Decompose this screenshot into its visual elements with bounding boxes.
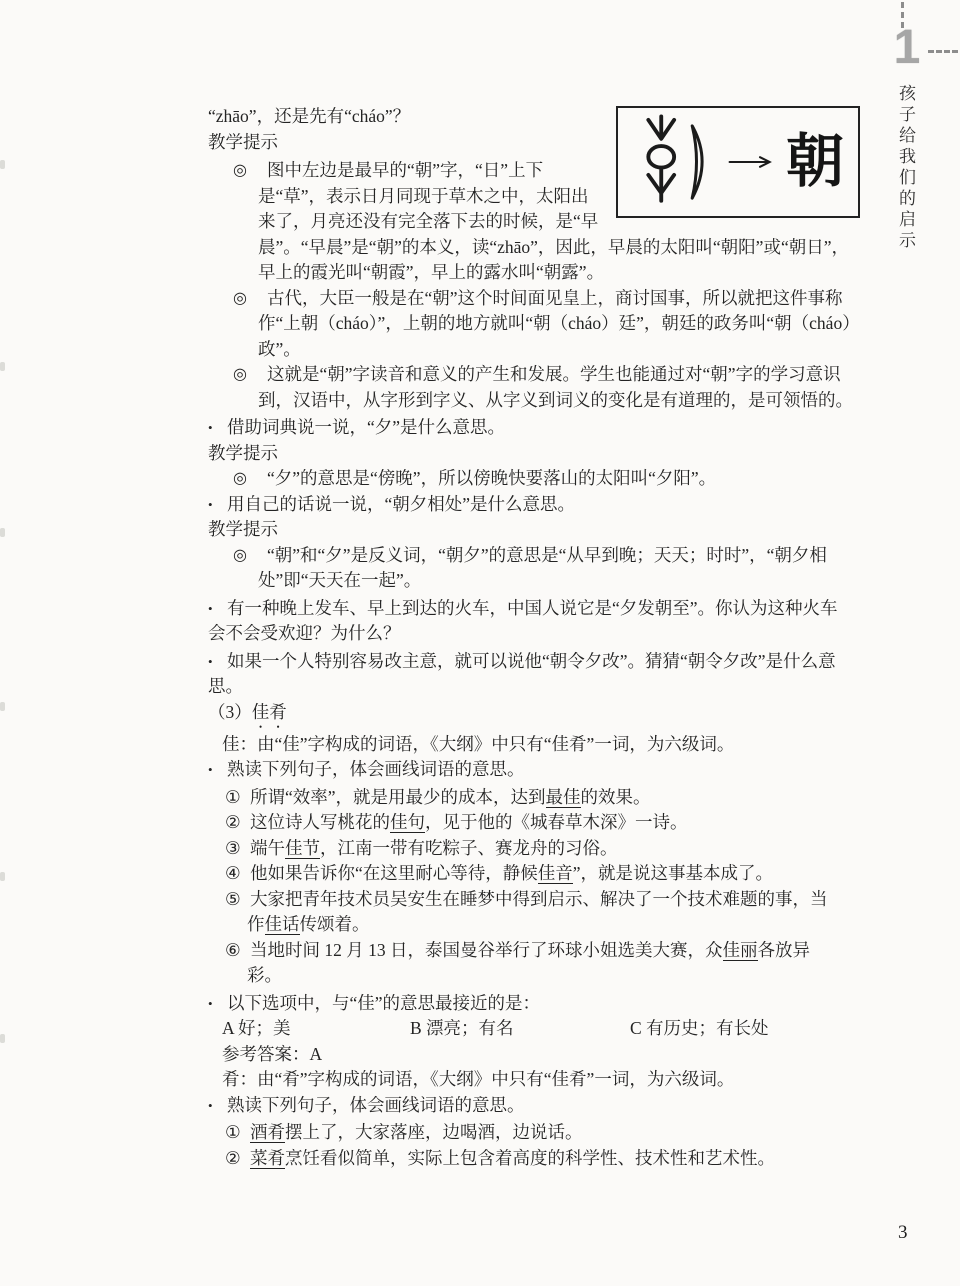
activity-item: •借助词典说一说，“夕”是什么意思。	[208, 415, 860, 441]
dot-marker: •	[208, 1093, 227, 1119]
word-entry-intro: 肴：由“肴”字构成的词语，《大纲》中只有“佳肴”一词，为六级词。	[222, 1067, 860, 1093]
underlined-term: 酒肴	[250, 1122, 285, 1143]
teaching-tip-label: 教学提示	[208, 441, 860, 467]
sentence-text: 菜肴烹饪看似简单，实际上包含着高度的科学性、技术性和艺术性。	[250, 1148, 775, 1169]
word-entry-intro: 佳：由“佳”字构成的词语，《大纲》中只有“佳肴”一词，为六级词。	[222, 732, 860, 758]
dot-marker: •	[208, 757, 227, 783]
underlined-term: 佳句	[390, 812, 425, 833]
bullseye-marker: ◎	[233, 543, 247, 569]
text-segment: 传颂着。	[300, 914, 370, 934]
teaching-tip-label: 教学提示	[208, 517, 860, 543]
sentence-text: 他如果告诉你“在这里耐心等待，静候佳音”，就是说这事基本成了。	[250, 863, 773, 884]
activity-text: 熟读下列句子，体会画线词语的意思。	[227, 1095, 525, 1115]
text-segment: 摆上了，大家落座，边喝酒，边说话。	[285, 1122, 583, 1142]
circled-number: ②	[225, 810, 241, 836]
sentence-text: 这位诗人写桃花的佳句，见于他的《城春草木深》一诗。	[250, 812, 688, 833]
activity-item: •熟读下列句子，体会画线词语的意思。	[208, 757, 860, 783]
bullseye-marker: ◎	[233, 158, 247, 184]
example-sentence: ④ 他如果告诉你“在这里耐心等待，静候佳音”，就是说这事基本成了。	[208, 861, 860, 887]
text-segment: 所谓“效率”，就是用最少的成本，达到	[250, 787, 546, 807]
section-number: （3）	[208, 702, 252, 722]
circled-number: ①	[225, 1120, 241, 1146]
text-segment: ”，就是说这事基本成了。	[573, 863, 773, 883]
sentence-text: 当地时间 12 月 13 日，泰国曼谷举行了环球小姐选美大赛，众佳丽各放异彩。	[247, 940, 810, 986]
circled-number: ⑥	[225, 938, 241, 964]
example-sentence: ① 所谓“效率”，就是用最少的成本，达到最佳的效果。	[208, 785, 860, 811]
text-segment: 这位诗人写桃花的	[250, 812, 390, 832]
bullseye-marker: ◎	[233, 362, 247, 388]
example-sentence: ② 这位诗人写桃花的佳句，见于他的《城春草木深》一诗。	[208, 810, 860, 836]
activity-text: 用自己的话说一说，“朝夕相处”是什么意思。	[227, 494, 575, 514]
sentence-text: 酒肴摆上了，大家落座，边喝酒，边说话。	[250, 1122, 583, 1143]
activity-text: 熟读下列句子，体会画线词语的意思。	[227, 759, 525, 779]
tip-text: 这就是“朝”字读音和意义的产生和发展。学生也能通过对“朝”字的学习意识到，汉语中…	[258, 364, 853, 410]
bullseye-marker: ◎	[233, 286, 247, 312]
activity-item: •有一种晚上发车、早上到达的火车，中国人说它是“夕发朝至”。你认为这种火车会不会…	[208, 596, 860, 647]
dot-marker: •	[208, 492, 227, 518]
sentence-text: 端午佳节，江南一带有吃粽子、赛龙舟的习俗。	[250, 838, 618, 859]
sidebar-dash	[928, 50, 958, 53]
tip-item: ◎ 古代，大臣一般是在“朝”这个时间面见皇上，商讨国事，所以就把这件事称作“上朝…	[208, 286, 860, 363]
tip-item: ◎ “夕”的意思是“傍晚”，所以傍晚快要落山的太阳叫“夕阳”。	[208, 466, 860, 492]
scan-artifact	[0, 702, 5, 711]
scan-artifact	[0, 160, 5, 169]
option-b: B 漂亮；有名	[410, 1016, 630, 1042]
chapter-number: 1	[890, 24, 924, 72]
dot-marker: •	[208, 649, 227, 675]
page-number: 3	[898, 1222, 908, 1244]
dot-marker: •	[208, 596, 227, 622]
dot-marker: •	[208, 991, 227, 1017]
activity-text: 如果一个人特别容易改主意，就可以说他“朝令夕改”。猜猜“朝令夕改”是什么意思。	[208, 651, 836, 697]
activity-item: •以下选项中，与“佳”的意思最接近的是：	[208, 991, 860, 1017]
example-sentence: ⑥ 当地时间 12 月 13 日，泰国曼谷举行了环球小姐选美大赛，众佳丽各放异彩…	[208, 938, 860, 989]
circled-number: ②	[225, 1146, 241, 1172]
underlined-term: 佳话	[265, 914, 300, 935]
example-sentence: ① 酒肴摆上了，大家落座，边喝酒，边说话。	[208, 1120, 860, 1146]
section-word: 佳肴	[252, 702, 287, 722]
activity-item: •用自己的话说一说，“朝夕相处”是什么意思。	[208, 492, 860, 518]
activity-text: 借助词典说一说，“夕”是什么意思。	[227, 417, 505, 437]
text-segment: 烹饪看似简单，实际上包含着高度的科学性、技术性和艺术性。	[285, 1148, 775, 1168]
text-segment: 他如果告诉你“在这里耐心等待，静候	[250, 863, 538, 883]
sentence-text: 所谓“效率”，就是用最少的成本，达到最佳的效果。	[250, 787, 651, 808]
tip-text: 古代，大臣一般是在“朝”这个时间面见皇上，商讨国事，所以就把这件事称作“上朝（c…	[258, 288, 860, 359]
circled-number: ④	[225, 861, 241, 887]
activity-text: 有一种晚上发车、早上到达的火车，中国人说它是“夕发朝至”。你认为这种火车会不会受…	[208, 598, 838, 644]
chapter-title-vertical: 孩子给我们的启示	[893, 84, 918, 314]
text-segment: ，江南一带有吃粽子、赛龙舟的习俗。	[320, 838, 618, 858]
scan-artifact	[0, 528, 5, 537]
underlined-term: 最佳	[546, 787, 581, 808]
book-page: 1 孩子给我们的启示 3 朝	[0, 0, 960, 1286]
answer-options: A 好；美 B 漂亮；有名 C 有历史；有长处	[222, 1016, 860, 1042]
activity-text: 以下选项中，与“佳”的意思最接近的是：	[227, 993, 540, 1013]
bullseye-marker: ◎	[233, 466, 247, 492]
text-segment: 当地时间 12 月 13 日，泰国曼谷举行了环球小姐选美大赛，众	[250, 940, 723, 960]
option-a: A 好；美	[222, 1016, 410, 1042]
circled-number: ⑤	[225, 887, 241, 913]
tip-item: ◎ 图中左边是最早的“朝”字，“日”上下是“草”，表示日月同现于草木之中，太阳出…	[208, 158, 860, 286]
circled-number: ③	[225, 836, 241, 862]
underlined-term: 佳节	[285, 838, 320, 859]
underlined-term: 菜肴	[250, 1148, 285, 1169]
tip-item: ◎ 这就是“朝”字读音和意义的产生和发展。学生也能通过对“朝”字的学习意识到，汉…	[208, 362, 860, 413]
tip-item: ◎ “朝”和“夕”是反义词，“朝夕”的意思是“从早到晚；天天；时时”，“朝夕相处…	[208, 543, 860, 594]
sentence-text: 大家把青年技术员吴安生在睡梦中得到启示、解决了一个技术难题的事，当作佳话传颂着。	[247, 889, 828, 936]
example-sentence: ⑤ 大家把青年技术员吴安生在睡梦中得到启示、解决了一个技术难题的事，当作佳话传颂…	[208, 887, 860, 938]
text-segment: ，见于他的《城春草木深》一诗。	[425, 812, 688, 832]
activity-item: •如果一个人特别容易改主意，就可以说他“朝令夕改”。猜猜“朝令夕改”是什么意思。	[208, 649, 860, 700]
circled-number: ①	[225, 785, 241, 811]
option-c: C 有历史；有长处	[630, 1016, 769, 1042]
example-sentence: ② 菜肴烹饪看似简单，实际上包含着高度的科学性、技术性和艺术性。	[208, 1146, 860, 1172]
scan-artifact	[0, 1034, 5, 1043]
tip-text: 图中左边是最早的“朝”字，“日”上下是“草”，表示日月同现于草木之中，太阳出来了…	[258, 160, 849, 282]
page-content: 朝 “zhāo”，还是先有“cháo”？ 教学提示 ◎ 图中左边是最早的“朝”字…	[208, 104, 860, 1171]
tip-text: “夕”的意思是“傍晚”，所以傍晚快要落山的太阳叫“夕阳”。	[267, 468, 716, 488]
underlined-term: 佳丽	[723, 940, 758, 961]
scan-artifact	[0, 872, 5, 881]
section-heading: （3）佳肴	[208, 700, 860, 732]
example-sentence: ③ 端午佳节，江南一带有吃粽子、赛龙舟的习俗。	[208, 836, 860, 862]
dot-marker: •	[208, 415, 227, 441]
activity-item: •熟读下列句子，体会画线词语的意思。	[208, 1093, 860, 1119]
reference-answer: 参考答案：A	[222, 1042, 860, 1068]
underlined-term: 佳音	[538, 863, 573, 884]
scan-artifact	[0, 362, 5, 371]
text-segment: 的效果。	[581, 787, 651, 807]
tip-text: “朝”和“夕”是反义词，“朝夕”的意思是“从早到晚；天天；时时”，“朝夕相处”即…	[258, 545, 827, 591]
text-segment: 端午	[250, 838, 285, 858]
